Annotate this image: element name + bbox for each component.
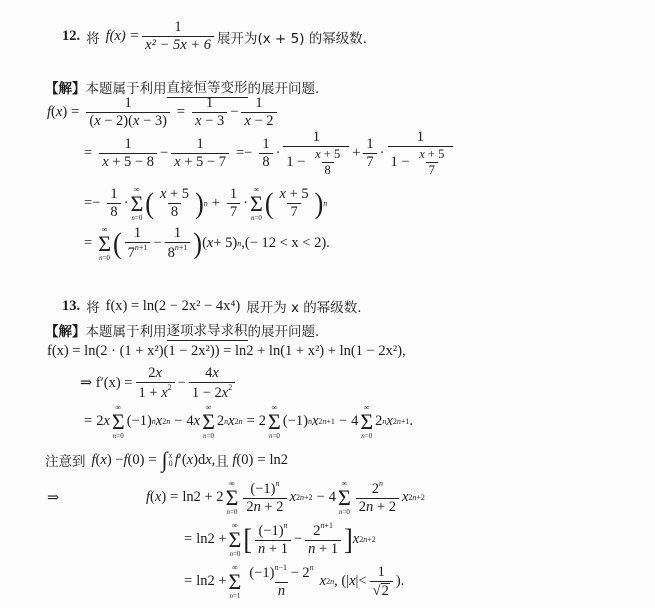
document-page: 12. 将 f(x) = 1 x² − 5x + 6 展开为(x + 5) 的幂… <box>0 0 655 608</box>
equation-line: 注意到 f(x) − f(0)= ∫x0 f′(x)dx,且 f(0)=ln2 <box>45 447 288 473</box>
equation-line: = 1x + 5 − 8 − 1x + 5 − 7 =− 18 · 11 − x… <box>80 130 456 177</box>
equation-line: ⇒ f′(x) = 2x1 + x2 − 4x1 − 2x2 <box>80 366 238 401</box>
fraction: 1 x² − 5x + 6 <box>142 20 214 53</box>
statement-suffix: 展开为(x + 5) 的幂级数. <box>217 27 367 47</box>
method-underlined: 逐项求导求积 <box>167 319 248 341</box>
convergence-interval: (− 12 < x < 2). <box>245 235 330 252</box>
problem-13-statement: 13. 将 f(x) = ln(2 − 2x² − 4x⁴) 展开为 x 的幂级… <box>62 296 362 316</box>
problem-12-statement: 12. 将 f(x) = 1 x² − 5x + 6 展开为(x + 5) 的幂… <box>62 20 367 53</box>
equation-line: f(x) = ln(2 · (1 + x²)(1 − 2x²)) = ln2 +… <box>47 343 406 360</box>
fx-label: f(x) = <box>106 28 140 45</box>
equation-line: = 2x ∞Σn=0 (−1)nx2n − 4x ∞Σn=0 2nx2n = 2… <box>80 404 413 440</box>
solution-tag: 【解】 <box>45 320 86 340</box>
problem-number: 13. <box>62 298 80 315</box>
problem-number: 12. <box>62 28 80 45</box>
solution-12-intro: 【解】 本题属于利用 直接恒等变形 的展开问题. <box>45 76 319 98</box>
equation-line: =ln2 + ∞Σn=0 [ (−1)nn + 1 − 2n+1n + 1 ]x… <box>180 522 376 558</box>
solution-tag: 【解】 <box>45 77 86 97</box>
equation-line: f(x)=ln2 + 2 ∞Σn=0 (−1)n2n + 2x2n+2 − 4 … <box>146 480 425 516</box>
statement-math: f(x) = ln(2 − 2x² − 4x⁴) <box>106 298 241 315</box>
solution-13-intro: 【解】 本题属于利用 逐项求导求积 的展开问题. <box>45 319 319 341</box>
equation-line: =ln2 + ∞Σn=1 (−1)n−1 − 2nnx2n, (| x |< 1… <box>180 564 404 600</box>
equation-line: =− 18 · ∞Σn=0 (x + 58)n + 17 · ∞Σn=0 (x … <box>80 186 327 222</box>
statement-prefix: 将 <box>86 27 100 47</box>
equation-line: f(x)= 1(x − 2)(x − 3) = 1x − 3 − 1x − 2 <box>47 96 280 129</box>
equation-line: = ∞Σn=0 ( 17n+1 − 18n+1 )(x + 5)n, (− 12… <box>80 226 330 262</box>
implies-arrow: ⇒ <box>47 490 59 507</box>
